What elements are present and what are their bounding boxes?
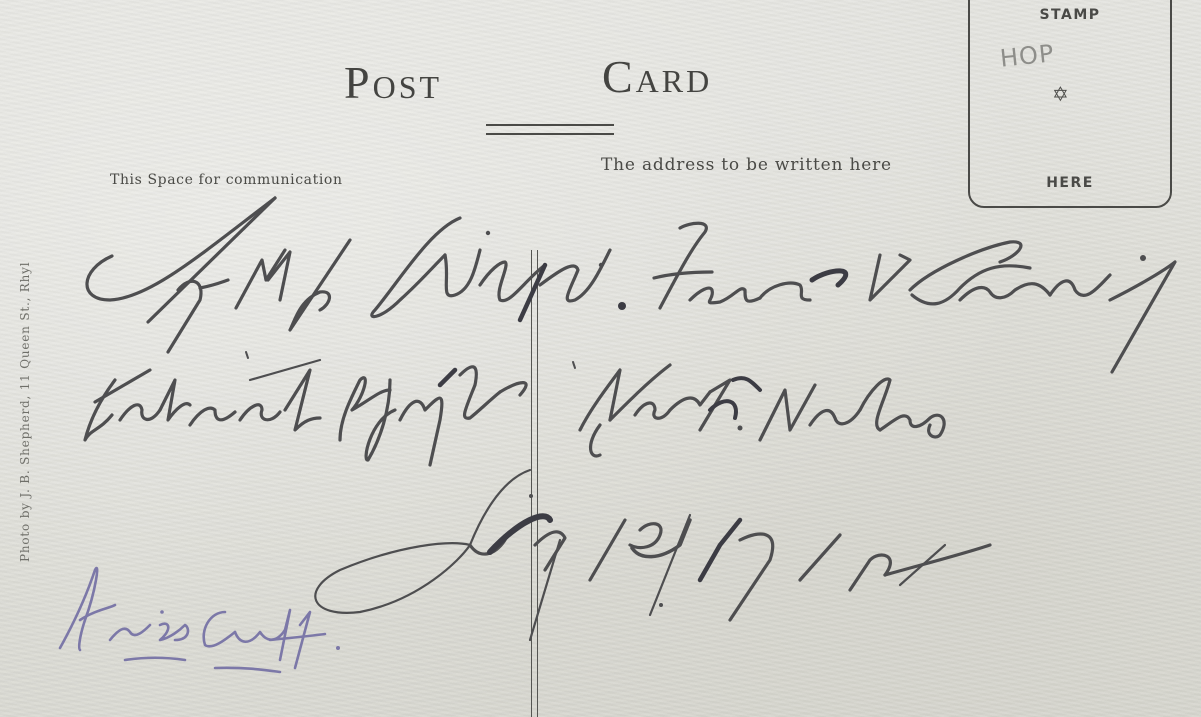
address-label: The address to be written here xyxy=(601,155,892,175)
heading-post-text: Post xyxy=(344,57,442,108)
heading-card: Card xyxy=(602,50,712,103)
star-icon: ✡ xyxy=(1052,84,1069,104)
postcard-back: Post Card This Space for communication T… xyxy=(0,0,1201,717)
handwriting-line-1-strokes xyxy=(87,198,1175,372)
photo-credit: Photo by J. B. Shepherd, 11 Queen St., R… xyxy=(18,262,32,562)
handwriting-line-1: Mr Mrs Wilfrid Frame & Family xyxy=(0,0,1,1)
signature-strokes xyxy=(60,568,340,672)
handwriting-line-2-strokes xyxy=(85,352,944,465)
handwriting-line-3-strokes xyxy=(315,470,990,640)
heading-double-rule xyxy=(486,124,614,135)
communication-label: This Space for communication xyxy=(110,172,343,188)
stamp-box: STAMP HERE xyxy=(968,0,1172,208)
stamp-label-bottom: HERE xyxy=(970,175,1170,191)
handwriting-line-2: taken at "Rhyl" North Wales xyxy=(0,0,1,1)
heading-card-text: Card xyxy=(602,51,712,102)
pencil-note: HOP xyxy=(999,39,1056,73)
signature-text: Miss Cuff. xyxy=(0,0,1,1)
handwriting-line-3: July 13/1914 xyxy=(0,0,1,1)
center-divider xyxy=(531,250,538,717)
heading-post: Post xyxy=(344,56,442,109)
stamp-label-top: STAMP xyxy=(970,7,1170,23)
